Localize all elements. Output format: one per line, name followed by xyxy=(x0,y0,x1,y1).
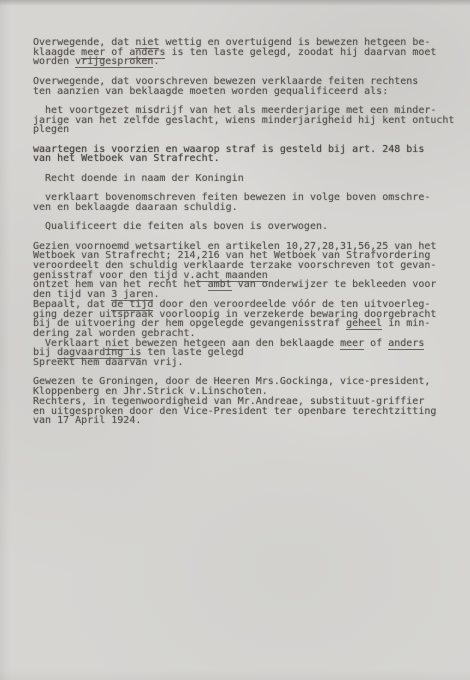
paragraph: Overwegende, dat voorschreven bewezen ve… xyxy=(33,77,445,96)
underlined-text: vrijgesproken xyxy=(75,56,153,68)
underlined-text: meer xyxy=(340,338,364,350)
text-line: worden vrijgesproken. xyxy=(33,57,445,67)
text-segment: Recht doende in naam der Koningin xyxy=(33,173,244,184)
text-line: Qualificeert die feiten als boven is ove… xyxy=(33,222,445,232)
paragraph: Gewezen te Groningen, door de Heeren Mrs… xyxy=(33,377,445,426)
text-segment: worden xyxy=(33,56,75,67)
text-segment: jarige van het zelfde geslacht, wiens mi… xyxy=(33,115,454,126)
text-line: Spreekt hem daarvan vrij. xyxy=(33,358,445,368)
text-line: van het Wetboek van Strafrecht. xyxy=(33,154,445,164)
scanned-paper-page: Overwegende, dat niet wettig en overtuig… xyxy=(0,0,470,680)
text-segment: ven en beklaagde daaraan schuldig. xyxy=(33,202,238,213)
text-line: Recht doende in naam der Koningin xyxy=(33,174,445,184)
text-line: van 17 April 1924. xyxy=(33,416,445,426)
underlined-text: ambt xyxy=(208,279,232,291)
underlined-text: anders xyxy=(388,338,424,350)
text-line: ven en beklaagde daaraan schuldig. xyxy=(33,203,445,213)
paragraph: Qualificeert die feiten als boven is ove… xyxy=(33,222,445,232)
text-segment: Spreekt hem daarvan vrij. xyxy=(33,357,184,368)
document-text: Overwegende, dat niet wettig en overtuig… xyxy=(33,38,445,436)
text-segment: in min- xyxy=(382,318,430,329)
text-segment: van het Wetboek van Strafrecht. xyxy=(33,153,220,164)
text-line: plegen xyxy=(33,125,445,135)
text-segment: Qualificeert die feiten als boven is ove… xyxy=(33,221,328,232)
text-line: ten aanzien van beklaagde moeten worden … xyxy=(33,87,445,97)
text-segment: of xyxy=(364,338,388,349)
underlined-text: geheel xyxy=(346,318,382,330)
paragraph: Gezien voornoemd wetsartikel en artikele… xyxy=(33,242,445,368)
text-segment: van 17 April 1924. xyxy=(33,415,141,426)
text-segment: ten aanzien van beklaagde moeten worden … xyxy=(33,86,388,97)
text-line: jarige van het zelfde geslacht, wiens mi… xyxy=(33,116,445,126)
text-segment: plegen xyxy=(33,124,69,135)
paragraph: Overwegende, dat niet wettig en overtuig… xyxy=(33,38,445,67)
text-segment: . xyxy=(153,56,159,67)
text-segment: van onderwijzer te bekleeden voor xyxy=(232,279,437,290)
paragraph: het voortgezet misdrijf van het als meer… xyxy=(33,106,445,135)
paragraph: verklaart bovenomschreven feiten bewezen… xyxy=(33,193,445,212)
paragraph: waartegen is voorzien en waarop straf is… xyxy=(33,145,445,164)
text-segment: is ten laste gelegd, zoodat hij daarvan … xyxy=(165,47,436,58)
paragraph: Recht doende in naam der Koningin xyxy=(33,174,445,184)
